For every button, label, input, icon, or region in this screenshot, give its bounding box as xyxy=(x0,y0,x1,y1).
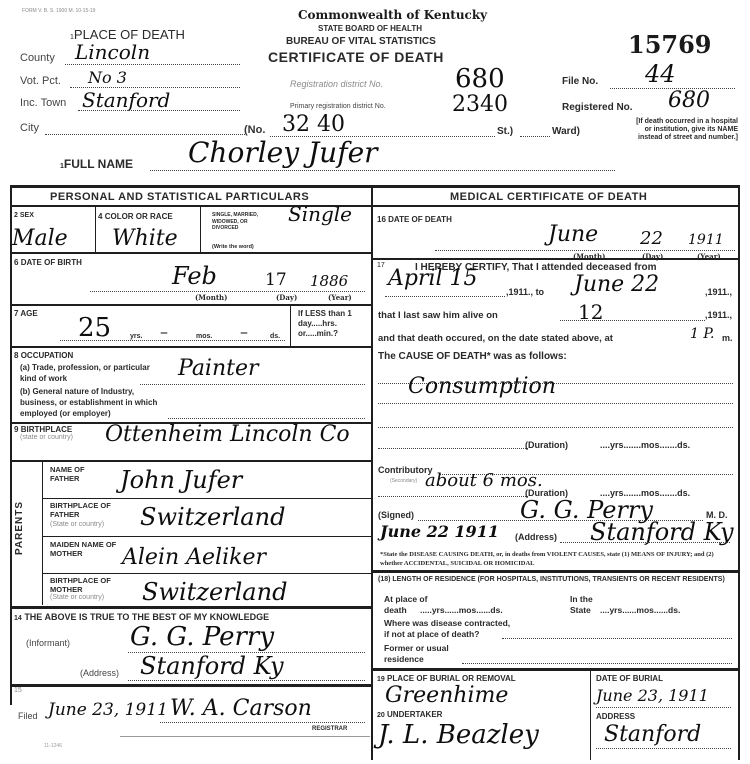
commonwealth-title: Commonwealth of Kentucky xyxy=(298,8,487,22)
undertaker-address-label: ADDRESS xyxy=(596,712,635,721)
informant-value: G. G. Perry xyxy=(130,622,274,652)
duration-line-1 xyxy=(378,448,528,449)
dob-year-caption: (Year) xyxy=(328,293,352,302)
county-label: County xyxy=(20,52,55,64)
cause-footnote: *State the DISEASE CAUSING DEATH, or, in… xyxy=(380,550,735,568)
cause-label: The CAUSE OF DEATH* was as follows: xyxy=(378,351,567,362)
st-label: St.) xyxy=(497,126,513,137)
former-residence-label: Former or usual residence xyxy=(384,643,474,665)
occupation-a-label: (a) Trade, profession, or particular kin… xyxy=(20,362,160,384)
row-divider xyxy=(371,668,738,671)
age-mos: mos. xyxy=(196,333,212,340)
contracted-field-line xyxy=(502,638,732,639)
row-divider xyxy=(42,498,371,499)
attended-from-field-line xyxy=(385,296,505,297)
cause-line-2 xyxy=(378,403,733,404)
form-code: FORM V. B. S. 1900 M. 10-15-19 xyxy=(22,8,95,14)
ward-label: Ward) xyxy=(552,126,580,137)
signed-address-field-line xyxy=(560,542,730,543)
dob-month-caption: (Month) xyxy=(195,293,227,302)
burial-date-field-line xyxy=(596,707,731,708)
county-value: Lincoln xyxy=(75,40,150,64)
ward-field-line xyxy=(520,136,550,137)
sex-race-divider xyxy=(95,207,96,252)
burial-divider xyxy=(590,670,591,760)
filed-value: June 23, 1911 xyxy=(48,700,168,720)
informant-label: (Informant) xyxy=(26,638,70,648)
personal-particulars-heading: PERSONAL AND STATISTICAL PARTICULARS xyxy=(50,191,309,203)
sex-label: 2 SEX xyxy=(14,212,34,219)
undertaker-label: 20 UNDERTAKER xyxy=(377,710,442,719)
age-days: – xyxy=(240,322,248,341)
attended-to: June 22 xyxy=(574,272,659,297)
age-label: 7 AGE xyxy=(14,309,38,318)
duration-units-1: ....yrs.......mos.......ds. xyxy=(600,440,690,450)
undertaker-address-field-line xyxy=(596,748,731,749)
occupation-value: Painter xyxy=(178,356,259,381)
right-border xyxy=(738,185,740,760)
county-field-line xyxy=(65,64,240,65)
dod-label: 16 DATE OF DEATH xyxy=(377,215,452,224)
inc-town-label: Inc. Town xyxy=(20,97,66,109)
burial-place-value: Greenhime xyxy=(385,683,508,708)
dob-day-caption: (Day) xyxy=(276,293,297,302)
certificate-number: 15769 xyxy=(628,30,712,59)
secondary-label: (Secondary) xyxy=(390,478,417,484)
birthplace-value: Ottenheim Lincoln Co xyxy=(105,422,350,447)
registrar-label: REGISTRAR xyxy=(312,726,347,732)
item-number-17: 17 xyxy=(377,262,385,269)
row-divider xyxy=(371,570,738,573)
race-marital-divider xyxy=(200,207,201,252)
inc-town-value: Stanford xyxy=(82,88,170,112)
birthplace-label: 9 BIRTHPLACE xyxy=(14,425,72,434)
former-residence-field-line xyxy=(462,663,732,664)
dod-month: June xyxy=(548,222,598,247)
dob-year: 1886 xyxy=(310,272,348,290)
birthplace-note: (state or country) xyxy=(20,434,73,441)
in-state-units: ....yrs......mos......ds. xyxy=(600,605,680,615)
occupation-b-label: (b) General nature of Industry, business… xyxy=(20,386,165,419)
column-divider xyxy=(371,185,373,760)
dod-day: 22 xyxy=(640,228,663,249)
dob-month: Feb xyxy=(172,262,217,290)
dob-field-line xyxy=(90,291,365,292)
left-border xyxy=(10,185,12,705)
row-divider xyxy=(371,258,738,260)
primary-registration-label: Primary registration district No. xyxy=(290,103,386,110)
undertaker-address-value: Stanford xyxy=(604,722,701,747)
dob-day: 17 xyxy=(265,270,287,290)
age-months: – xyxy=(160,322,168,341)
at-place-units: .....yrs......mos......ds. xyxy=(420,605,503,615)
father-birthplace-value: Switzerland xyxy=(140,503,285,531)
age-ds: ds. xyxy=(270,333,280,340)
board-of-health: STATE BOARD OF HEALTH xyxy=(318,24,422,33)
row-divider xyxy=(10,606,371,609)
father-birthplace-note: (State or country) xyxy=(50,521,104,528)
occurred-suffix: m. xyxy=(722,333,733,343)
attended-from-year: ,1911., to xyxy=(506,287,544,297)
residence-label: (18) LENGTH OF RESIDENCE (FOR HOSPITALS,… xyxy=(378,575,733,584)
row-divider xyxy=(42,536,371,537)
registered-no-label: Registered No. xyxy=(562,102,633,113)
bureau-title: BUREAU OF VITAL STATISTICS xyxy=(286,36,436,47)
attended-to-year: ,1911., xyxy=(705,287,732,297)
marital-label: SINGLE, MARRIED, WIDOWED, OR DIVORCED xyxy=(212,212,267,232)
occurred-text: and that death occured, on the date stat… xyxy=(378,333,613,344)
age-years: 25 xyxy=(78,313,111,343)
parents-label: PARENTS xyxy=(14,501,25,555)
row-divider xyxy=(42,573,371,574)
full-name-value: Chorley Jufer xyxy=(188,136,378,169)
city-label: City xyxy=(20,122,39,134)
signed-address-label: (Address) xyxy=(515,532,557,542)
full-name-label: 1FULL NAME xyxy=(60,157,133,171)
full-name-field-line xyxy=(150,170,615,171)
parents-divider xyxy=(42,460,43,605)
medical-certificate-heading: MEDICAL CERTIFICATE OF DEATH xyxy=(450,191,647,203)
race-value: White xyxy=(112,226,178,251)
cause-line-3 xyxy=(378,427,733,428)
contracted-label: Where was disease contracted, if not at … xyxy=(384,618,514,640)
last-saw-text: that I last saw him alive on xyxy=(378,310,498,321)
occurred-time: 1 P. xyxy=(690,326,714,342)
father-birthplace-label: BIRTHPLACE OF FATHER xyxy=(50,501,125,519)
employer-field-line xyxy=(168,418,365,419)
attended-from: April 15 xyxy=(388,266,478,291)
filed-label: Filed xyxy=(18,711,38,721)
dob-label: 6 DATE OF BIRTH xyxy=(14,258,82,267)
row-divider xyxy=(10,252,371,254)
primary-registration-value: 2340 xyxy=(452,92,508,117)
occupation-field-line xyxy=(140,384,365,385)
father-name-value: John Jufer xyxy=(120,466,242,494)
street-no-label: (No. xyxy=(244,124,265,136)
registrar-signature: W. A. Carson xyxy=(170,696,312,721)
vot-pct-label: Vot. Pct. xyxy=(20,75,61,87)
informant-address-value: Stanford Ky xyxy=(140,652,284,680)
last-saw-field-line xyxy=(560,320,705,321)
mother-birthplace-value: Switzerland xyxy=(142,578,287,606)
inc-town-field-line xyxy=(78,110,240,111)
informant-address-label: (Address) xyxy=(80,668,119,678)
file-no-value: 44 xyxy=(645,60,676,88)
occupation-label: 8 OCCUPATION xyxy=(14,351,73,360)
row-divider xyxy=(10,684,371,687)
race-label: 4 COLOR OR RACE xyxy=(98,212,173,221)
signed-label: (Signed) xyxy=(378,510,414,520)
duration-line-2 xyxy=(378,496,528,497)
age-field-line xyxy=(60,340,285,341)
less-than-divider xyxy=(290,306,291,346)
registered-no-value: 680 xyxy=(668,88,710,113)
dod-year: 1911 xyxy=(688,232,724,248)
row-divider xyxy=(10,460,371,462)
row-divider xyxy=(10,304,371,306)
certificate-title: CERTIFICATE OF DEATH xyxy=(268,49,444,65)
age-yrs: yrs. xyxy=(130,333,142,340)
hospital-note: [If death occurred in a hospital or inst… xyxy=(634,118,738,142)
city-field-line xyxy=(45,134,245,135)
father-name-label: NAME OF FATHER xyxy=(50,465,110,483)
registration-district-value: 680 xyxy=(455,64,505,94)
last-saw-year: ,1911., xyxy=(705,310,732,320)
registration-district-label: Registration district No. xyxy=(290,79,383,89)
dod-field-line xyxy=(435,250,735,251)
vot-pct-value: No 3 xyxy=(88,68,127,87)
cause-value: Consumption xyxy=(408,374,556,399)
registrar-field-line xyxy=(160,722,365,723)
header-divider xyxy=(10,185,738,188)
mother-birthplace-label: BIRTHPLACE OF MOTHER xyxy=(50,576,125,594)
file-no-label: File No. xyxy=(562,76,598,87)
undertaker-value: J. L. Beazley xyxy=(378,720,539,750)
bottom-rule xyxy=(120,736,370,737)
burial-date-label: DATE OF BURIAL xyxy=(596,674,663,683)
mother-birthplace-note: (State or country) xyxy=(50,594,104,601)
marital-note: (Write the word) xyxy=(212,244,254,250)
section-head-divider xyxy=(10,205,738,207)
footer-code: 11-1246 xyxy=(44,743,62,749)
true-statement: 14 THE ABOVE IS TRUE TO THE BEST OF MY K… xyxy=(14,612,269,622)
less-than-label: If LESS than 1 day.....hrs. or.....min.? xyxy=(298,309,368,339)
sex-value: Male xyxy=(12,226,68,251)
row-divider xyxy=(10,346,371,348)
street-no-value: 32 40 xyxy=(282,112,345,137)
burial-date-value: June 23, 1911 xyxy=(596,686,709,705)
marital-value: Single xyxy=(288,202,352,226)
mother-name-value: Alein Aeliker xyxy=(122,545,266,570)
item-number-15: 15 xyxy=(14,687,22,694)
informant-address-field-line xyxy=(128,680,365,681)
duration-label-1: (Duration) xyxy=(525,440,568,450)
burial-place-label: 19 PLACE OF BURIAL OR REMOVAL xyxy=(377,674,516,683)
signed-date: June 22 1911 xyxy=(380,522,499,541)
